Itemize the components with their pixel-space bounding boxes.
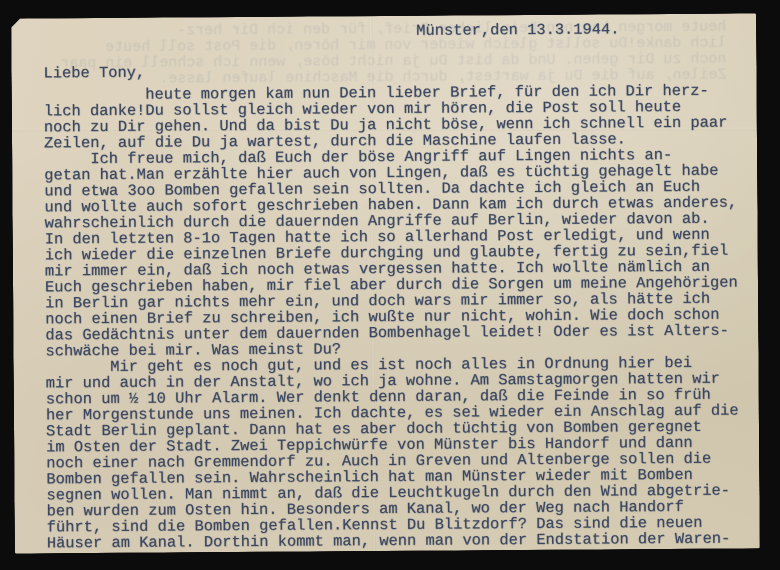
letter-paper: heute morgen kam nun Dein lieber Brief, … (11, 13, 760, 553)
salutation: Liebe Tony, (43, 60, 750, 81)
photo-background: heute morgen kam nun Dein lieber Brief, … (0, 0, 780, 570)
dateline: Münster,den 13.3.1944. (416, 20, 750, 38)
letter-body: heute morgen kam nun Dein lieber Brief, … (44, 82, 754, 551)
letter-content: Münster,den 13.3.1944. Liebe Tony, heute… (11, 13, 760, 551)
